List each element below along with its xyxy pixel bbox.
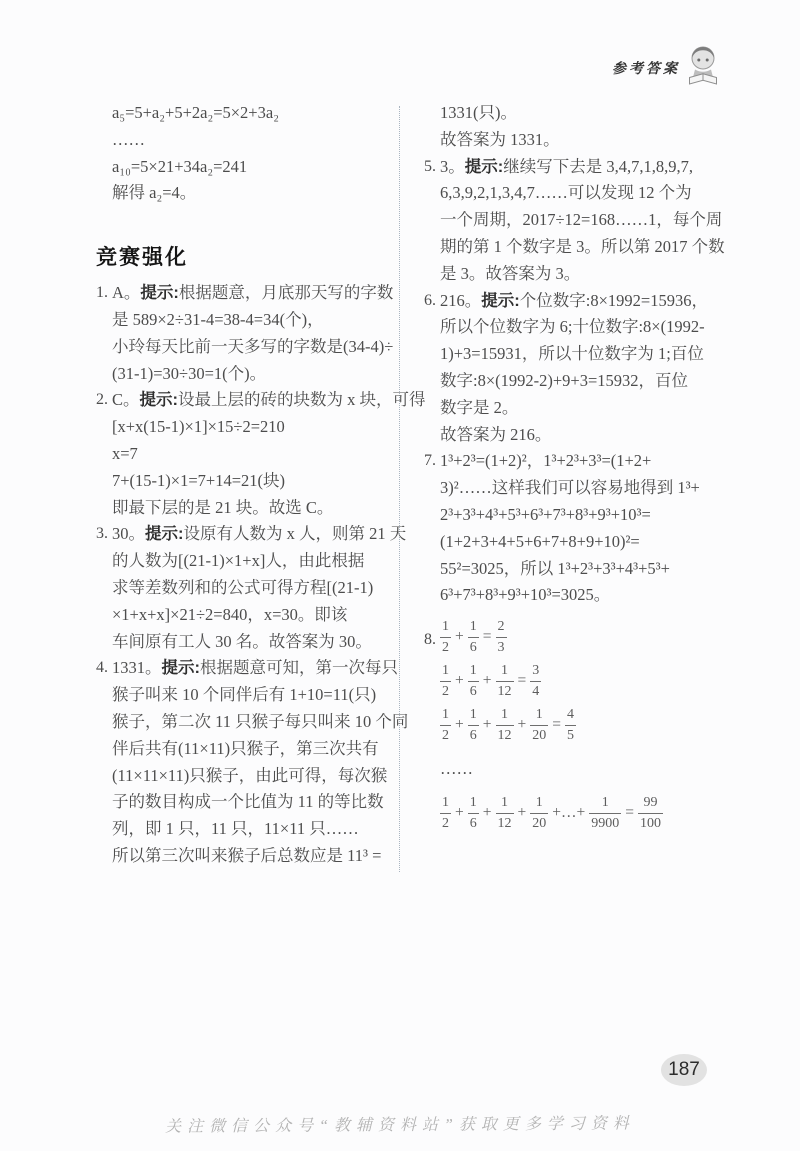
operator: + <box>455 804 464 822</box>
text-run: 1³+2³=(1+2)²，1³+2³+3³=(1+2+ <box>440 451 651 470</box>
fraction: 16 <box>468 707 479 743</box>
text-line: 1)+3=15931，所以十位数字为 1;百位 <box>440 341 724 368</box>
fraction-row: …… <box>440 749 724 789</box>
text-line: 数字是 2。 <box>440 395 724 422</box>
fraction: 112 <box>496 795 514 831</box>
item-number: 4. <box>96 655 108 682</box>
operator: = <box>552 716 561 734</box>
text-run: 所以第三次叫来猴子后总数应是 11³ = <box>112 846 381 865</box>
fraction-bar <box>468 813 479 814</box>
fraction-denominator: 100 <box>638 816 663 831</box>
text-run: 6³+7³+8³+9³+10³=3025。 <box>440 585 610 604</box>
fraction-bar <box>440 637 451 638</box>
item-body: 30。提示:设原有人数为 x 人，则第 21 天的人数为[(21-1)×1+x]… <box>112 521 399 655</box>
fraction-numerator: 1 <box>499 663 510 678</box>
left-column: a₅=5+a₂+5+2a₂=5×2+3a₂……a₁₀=5×21+34a₂=241… <box>96 100 399 870</box>
text-line: C。提示:设最上层的砖的块数为 x 块，可得 <box>112 387 399 414</box>
operator: + <box>483 672 492 690</box>
fraction-denominator: 12 <box>496 728 514 743</box>
page-header: 参考答案 <box>612 44 720 88</box>
text-run: 列，即 1 只，11 只，11×11 只…… <box>112 819 359 838</box>
text-line: (1+2+3+4+5+6+7+8+9+10)²= <box>440 529 724 556</box>
fraction-numerator: 1 <box>468 619 479 634</box>
text-run: 数字:8×(1992-2)+9+3=15932，百位 <box>440 371 688 390</box>
text-line: 1331。提示:根据题意可知，第一次每只 <box>112 655 399 682</box>
fraction: 12 <box>440 707 451 743</box>
fraction-denominator: 20 <box>530 728 548 743</box>
answer-item: 6.216。提示:个位数字:8×1992=15936，所以个位数字为 6;十位数… <box>424 288 724 449</box>
fraction: 16 <box>468 795 479 831</box>
text-run: 即最下层的是 21 块。故选 C。 <box>112 498 333 517</box>
answer-item: 3.30。提示:设原有人数为 x 人，则第 21 天的人数为[(21-1)×1+… <box>96 521 399 655</box>
operator: +…+ <box>552 804 585 822</box>
fraction-denominator: 3 <box>496 640 507 655</box>
text-run: 55²=3025，所以 1³+2³+3³+4³+5³+ <box>440 559 670 578</box>
fraction: 16 <box>468 619 479 655</box>
fraction-numerator: 1 <box>600 795 611 810</box>
answer-item: 4.1331。提示:根据题意可知，第一次每只猴子叫来 10 个同伴后有 1+10… <box>96 655 399 869</box>
text-run: 一个周期，2017÷12=168……1，每个周 <box>440 210 722 229</box>
fraction-bar <box>440 813 451 814</box>
text-line: 的人数为[(21-1)×1+x]人，由此根据 <box>112 548 399 575</box>
text-line: 3)²……这样我们可以容易地得到 1³+ <box>440 475 724 502</box>
text-run: (1+2+3+4+5+6+7+8+9+10)²= <box>440 532 640 551</box>
fraction: 120 <box>530 707 548 743</box>
text-line: (31-1)=30÷30=1(个)。 <box>112 361 399 388</box>
footer-watermark: 关注微信公众号“教辅资料站”获取更多学习资料 <box>0 1109 800 1138</box>
item-number: 7. <box>424 448 436 475</box>
item-number: 3. <box>96 521 108 548</box>
operator: + <box>483 716 492 734</box>
operator: + <box>455 672 464 690</box>
text-run: [x+x(15-1)×1]×15÷2=210 <box>112 417 285 436</box>
text-run: 继续写下去是 3,4,7,1,8,9,7, <box>503 157 693 176</box>
text-run: 1331。 <box>112 658 162 677</box>
operator: + <box>518 804 527 822</box>
fraction-numerator: 4 <box>565 707 576 722</box>
hint-label: 提示: <box>140 284 179 302</box>
fraction-numerator: 2 <box>496 619 507 634</box>
operator: = <box>518 672 527 690</box>
fraction-numerator: 1 <box>440 707 451 722</box>
fraction-bar <box>496 681 514 682</box>
answer-item: 7.1³+2³=(1+2)²，1³+2³+3³=(1+2+3)²……这样我们可以… <box>424 448 724 609</box>
fraction-bar <box>589 813 621 814</box>
fraction: 99100 <box>638 795 663 831</box>
fraction-bar <box>496 813 514 814</box>
text-line: 6³+7³+8³+9³+10³=3025。 <box>440 582 724 609</box>
text-run: 30。 <box>112 524 145 543</box>
answer-item: 5.3。提示:继续写下去是 3,4,7,1,8,9,7,6,3,9,2,1,3,… <box>424 154 724 288</box>
item-body: 216。提示:个位数字:8×1992=15936，所以个位数字为 6;十位数字:… <box>440 288 724 449</box>
fraction-denominator: 6 <box>468 728 479 743</box>
fraction-denominator: 9900 <box>589 816 621 831</box>
text-run: 3。 <box>440 157 465 176</box>
text-run: 7+(15-1)×1=7+14=21(块) <box>112 471 285 490</box>
fraction-numerator: 1 <box>468 663 479 678</box>
text-line: 一个周期，2017÷12=168……1，每个周 <box>440 207 724 234</box>
fraction-denominator: 4 <box>530 684 541 699</box>
fraction: 12 <box>440 619 451 655</box>
text-run: x=7 <box>112 444 138 463</box>
text-run: 的人数为[(21-1)×1+x]人，由此根据 <box>112 551 364 570</box>
item-number: 1. <box>96 280 108 307</box>
text-line: 伴后共有(11×11)只猴子，第三次共有 <box>112 736 399 763</box>
fraction-bar <box>638 813 663 814</box>
text-run: 所以个位数字为 6;十位数字:8×(1992- <box>440 317 705 336</box>
fraction-denominator: 2 <box>440 640 451 655</box>
text-run: 伴后共有(11×11)只猴子，第三次共有 <box>112 739 379 758</box>
fraction-row: 12+16+112+120+…+19900=99100 <box>440 793 724 833</box>
fraction-row: 12+16=23 <box>440 617 724 657</box>
text-line: 猴子叫来 10 个同伴后有 1+10=11(只) <box>112 682 399 709</box>
text-line: [x+x(15-1)×1]×15÷2=210 <box>112 414 399 441</box>
answer-item: 8.12+16=2312+16+112=3412+16+112+120=45……… <box>424 617 724 833</box>
fraction-bar <box>468 725 479 726</box>
fraction-bar <box>565 725 576 726</box>
text-run: 根据题意可知，第一次每只 <box>200 658 398 677</box>
text-run: ×1+x+x]×21÷2=840，x=30。即该 <box>112 605 347 624</box>
item-number: 6. <box>424 288 436 315</box>
fraction-row: 12+16+112=34 <box>440 661 724 701</box>
text-run: 是 3。故答案为 3。 <box>440 264 580 283</box>
operator: = <box>625 804 634 822</box>
fraction: 120 <box>530 795 548 831</box>
answer-item: 2.C。提示:设最上层的砖的块数为 x 块，可得[x+x(15-1)×1]×15… <box>96 387 399 521</box>
continuation-line: 故答案为 1331。 <box>424 127 724 154</box>
fraction-denominator: 2 <box>440 816 451 831</box>
text-line: 6,3,9,2,1,3,4,7……可以发现 12 个为 <box>440 180 724 207</box>
text-run: 设最上层的砖的块数为 x 块，可得 <box>178 390 426 409</box>
fraction: 112 <box>496 707 514 743</box>
text-line: 216。提示:个位数字:8×1992=15936， <box>440 288 724 315</box>
hint-label: 提示: <box>145 525 184 543</box>
fraction-numerator: 1 <box>468 707 479 722</box>
text-run: 故答案为 216。 <box>440 425 551 444</box>
text-run: 求等差数列和的公式可得方程[(21-1) <box>112 578 373 597</box>
fraction: 34 <box>530 663 541 699</box>
operator: + <box>455 628 464 646</box>
hint-label: 提示: <box>162 659 201 677</box>
fraction-numerator: 1 <box>440 619 451 634</box>
text-line: 故答案为 216。 <box>440 422 724 449</box>
text-run: 子的数目构成一个比值为 11 的等比数 <box>112 792 384 811</box>
text-line: 所以个位数字为 6;十位数字:8×(1992- <box>440 314 724 341</box>
text-line: 数字:8×(1992-2)+9+3=15932，百位 <box>440 368 724 395</box>
fraction-bar <box>496 725 514 726</box>
item-body: 1331。提示:根据题意可知，第一次每只猴子叫来 10 个同伴后有 1+10=1… <box>112 655 399 869</box>
text-run: 期的第 1 个数字是 3。所以第 2017 个数 <box>440 237 725 256</box>
fraction: 12 <box>440 663 451 699</box>
column-divider <box>399 106 400 872</box>
fraction-numerator: 1 <box>499 795 510 810</box>
text-run: A。 <box>112 283 140 302</box>
item-body: C。提示:设最上层的砖的块数为 x 块，可得[x+x(15-1)×1]×15÷2… <box>112 387 399 521</box>
item-number: 8. <box>424 627 436 654</box>
fraction-bar <box>530 813 548 814</box>
text-line: 2³+3³+4³+5³+6³+7³+8³+9³+10³= <box>440 502 724 529</box>
text-line: 期的第 1 个数字是 3。所以第 2017 个数 <box>440 234 724 261</box>
text-line: 1³+2³=(1+2)²，1³+2³+3³=(1+2+ <box>440 448 724 475</box>
continuation-line: a₅=5+a₂+5+2a₂=5×2+3a₂ <box>96 100 399 127</box>
fraction-denominator: 6 <box>468 816 479 831</box>
fraction-denominator: 12 <box>496 684 514 699</box>
fraction-bar <box>496 637 507 638</box>
page-number: 187 <box>668 1059 700 1081</box>
fraction-denominator: 20 <box>530 816 548 831</box>
content-columns: a₅=5+a₂+5+2a₂=5×2+3a₂……a₁₀=5×21+34a₂=241… <box>96 100 724 872</box>
text-run: (31-1)=30÷30=1(个)。 <box>112 364 266 383</box>
text-line: 猴子，第二次 11 只猴子每只叫来 10 个同 <box>112 709 399 736</box>
fraction: 16 <box>468 663 479 699</box>
operator: + <box>455 716 464 734</box>
operator: + <box>483 804 492 822</box>
text-line: 子的数目构成一个比值为 11 的等比数 <box>112 789 399 816</box>
fraction-bar <box>468 637 479 638</box>
item-body: A。提示:根据题意，月底那天写的字数是 589×2÷31-4=38-4=34(个… <box>112 280 399 387</box>
fraction-numerator: 1 <box>534 795 545 810</box>
fraction-numerator: 99 <box>641 795 659 810</box>
text-run: 6,3,9,2,1,3,4,7……可以发现 12 个为 <box>440 183 692 202</box>
answer-item: 1.A。提示:根据题意，月底那天写的字数是 589×2÷31-4=38-4=34… <box>96 280 399 387</box>
text-line: 求等差数列和的公式可得方程[(21-1) <box>112 575 399 602</box>
fraction-bar <box>468 681 479 682</box>
text-line: 即最下层的是 21 块。故选 C。 <box>112 495 399 522</box>
text-line: 列，即 1 只，11 只，11×11 只…… <box>112 816 399 843</box>
text-run: 猴子，第二次 11 只猴子每只叫来 10 个同 <box>112 712 408 731</box>
fraction-bar <box>440 681 451 682</box>
fraction-denominator: 2 <box>440 684 451 699</box>
fraction-denominator: 12 <box>496 816 514 831</box>
text-run: 猴子叫来 10 个同伴后有 1+10=11(只) <box>112 685 376 704</box>
text-line: 是 3。故答案为 3。 <box>440 261 724 288</box>
fraction: 12 <box>440 795 451 831</box>
continuation-line: 解得 a₂=4。 <box>96 180 399 207</box>
fraction: 23 <box>496 619 507 655</box>
text-line: 车间原有工人 30 名。故答案为 30。 <box>112 629 399 656</box>
text-run: 3)²……这样我们可以容易地得到 1³+ <box>440 478 700 497</box>
text-run: 设原有人数为 x 人，则第 21 天 <box>184 524 407 543</box>
text-line: (11×11×11)只猴子，由此可得，每次猴 <box>112 763 399 790</box>
item-number: 2. <box>96 387 108 414</box>
item-body: 1³+2³=(1+2)²，1³+2³+3³=(1+2+3)²……这样我们可以容易… <box>440 448 724 609</box>
text-line: 3。提示:继续写下去是 3,4,7,1,8,9,7, <box>440 154 724 181</box>
text-run: C。 <box>112 390 140 409</box>
text-run: (11×11×11)只猴子，由此可得，每次猴 <box>112 766 387 785</box>
text-run: 个位数字:8×1992=15936， <box>520 291 708 310</box>
fraction-bar <box>440 725 451 726</box>
fraction-numerator: 1 <box>468 795 479 810</box>
text-run: 数字是 2。 <box>440 398 518 417</box>
hint-label: 提示: <box>465 158 504 176</box>
continuation-line: a₁₀=5×21+34a₂=241 <box>96 154 399 181</box>
text-run: 216。 <box>440 291 481 310</box>
section-heading: 竞赛强化 <box>96 241 399 271</box>
fraction-denominator: 5 <box>565 728 576 743</box>
fraction-numerator: 1 <box>534 707 545 722</box>
text-run: 车间原有工人 30 名。故答案为 30。 <box>112 632 372 651</box>
fraction: 112 <box>496 663 514 699</box>
text-line: x=7 <box>112 441 399 468</box>
item-number: 5. <box>424 154 436 181</box>
fraction-numerator: 1 <box>440 663 451 678</box>
text-line: 小玲每天比前一天多写的字数是(34-4)÷ <box>112 334 399 361</box>
page-number-badge: 187 <box>661 1054 707 1086</box>
fraction-denominator: 2 <box>440 728 451 743</box>
fraction-bar <box>530 725 548 726</box>
text-run: 根据题意，月底那天写的字数 <box>179 283 394 302</box>
operator: = <box>483 628 492 646</box>
fraction: 19900 <box>589 795 621 831</box>
workbook-answer-page: 参考答案 a₅=5+a₂+5+2a₂=5×2+3a₂……a₁₀=5×21+34a… <box>0 0 800 1151</box>
text-run: 1)+3=15931，所以十位数字为 1;百位 <box>440 344 704 363</box>
text-line: 7+(15-1)×1=7+14=21(块) <box>112 468 399 495</box>
text-line: 所以第三次叫来猴子后总数应是 11³ = <box>112 843 399 870</box>
fraction-denominator: 6 <box>468 684 479 699</box>
continuation-line: 1331(只)。 <box>424 100 724 127</box>
hint-label: 提示: <box>481 292 520 310</box>
fraction-bar <box>530 681 541 682</box>
text-line: A。提示:根据题意，月底那天写的字数 <box>112 280 399 307</box>
reading-child-icon <box>686 44 720 88</box>
fraction-numerator: 1 <box>499 707 510 722</box>
text-line: ×1+x+x]×21÷2=840，x=30。即该 <box>112 602 399 629</box>
text-line: 是 589×2÷31-4=38-4=34(个)， <box>112 307 399 334</box>
operator: + <box>518 716 527 734</box>
header-title: 参考答案 <box>612 58 680 78</box>
text-line: 55²=3025，所以 1³+2³+3³+4³+5³+ <box>440 556 724 583</box>
text-run: 是 589×2÷31-4=38-4=34(个)， <box>112 310 324 329</box>
item-body: 12+16=2312+16+112=3412+16+112+120=45……12… <box>440 617 724 833</box>
fraction-denominator: 6 <box>468 640 479 655</box>
ellipsis: …… <box>440 759 473 779</box>
fraction-row: 12+16+112+120=45 <box>440 705 724 745</box>
fraction: 45 <box>565 707 576 743</box>
fraction-numerator: 1 <box>440 795 451 810</box>
text-run: 小玲每天比前一天多写的字数是(34-4)÷ <box>112 337 393 356</box>
text-line: 30。提示:设原有人数为 x 人，则第 21 天 <box>112 521 399 548</box>
right-column: 1331(只)。故答案为 1331。5.3。提示:继续写下去是 3,4,7,1,… <box>424 100 724 837</box>
hint-label: 提示: <box>140 391 179 409</box>
item-body: 3。提示:继续写下去是 3,4,7,1,8,9,7,6,3,9,2,1,3,4,… <box>440 154 724 288</box>
continuation-line: …… <box>96 127 399 154</box>
fraction-numerator: 3 <box>530 663 541 678</box>
text-run: 2³+3³+4³+5³+6³+7³+8³+9³+10³= <box>440 505 651 524</box>
